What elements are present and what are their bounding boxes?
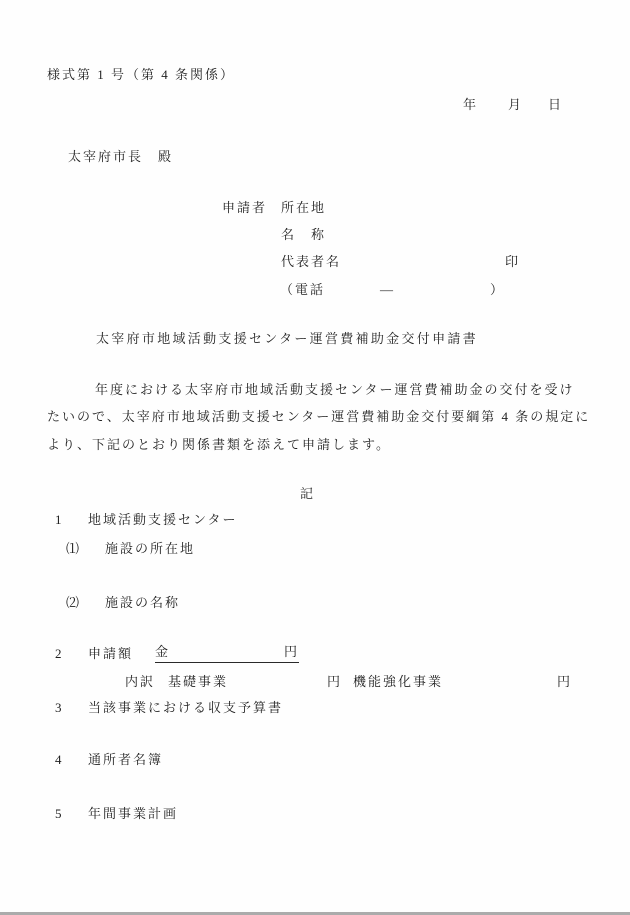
applicant-address-label: 所在地 [281,199,326,216]
applicant-name-label: 名 称 [281,226,326,243]
breakdown-enhanced-unit: 円 [557,673,572,690]
item1-sub1-text: 施設の所在地 [105,540,195,557]
applicant-representative-label: 代表者名 [281,253,341,270]
item1-number: 1 [55,511,64,528]
item4-text: 通所者名簿 [88,751,163,768]
date-day-label: 日 [548,96,563,113]
body-line-1: 年度における太宰府市地域活動支援センター運営費補助金の交付を受け [95,381,574,398]
item5-text: 年間事業計画 [88,805,178,822]
item2-label: 申請額 [88,645,133,662]
item4-number: 4 [55,751,64,768]
item1-sub2-number: ⑵ [66,594,81,611]
phone-prefix: （電話 [280,281,325,298]
document-title: 太宰府市地域活動支援センター運営費補助金交付申請書 [96,330,478,347]
item3-text: 当該事業における収支予算書 [88,699,283,716]
application-form-page: 様式第 1 号（第 4 条関係） 年 月 日 太宰府市長 殿 申請者 所在地 名… [0,0,630,915]
addressee: 太宰府市長 殿 [68,148,173,165]
amount-prefix: 金 [155,641,170,660]
breakdown-basic-unit: 円 [327,673,342,690]
phone-suffix: ） [490,281,505,298]
date-year-label: 年 [463,96,478,113]
item1-sub2-text: 施設の名称 [105,594,180,611]
date-month-label: 月 [508,96,523,113]
item2-number: 2 [55,645,64,662]
body-line-2: たいので、太宰府市地域活動支援センター運営費補助金交付要綱第 4 条の規定に [47,408,590,425]
breakdown-basic-label: 基礎事業 [168,673,228,690]
item1-text: 地域活動支援センター [88,511,237,528]
amount-unit: 円 [284,641,299,660]
seal-label: 印 [505,253,520,270]
record-heading: 記 [300,485,315,502]
amount-underline-field: 金 円 [155,643,299,663]
body-line-3: より、下記のとおり関係書類を添えて申請します。 [47,436,391,453]
item5-number: 5 [55,805,64,822]
breakdown-label: 内訳 [125,673,155,690]
breakdown-enhanced-label: 機能強化事業 [353,673,443,690]
phone-separator: ― [380,281,395,298]
applicant-label: 申請者 [222,199,267,216]
item3-number: 3 [55,699,64,716]
form-number: 様式第 1 号（第 4 条関係） [47,66,235,83]
item1-sub1-number: ⑴ [66,540,81,557]
